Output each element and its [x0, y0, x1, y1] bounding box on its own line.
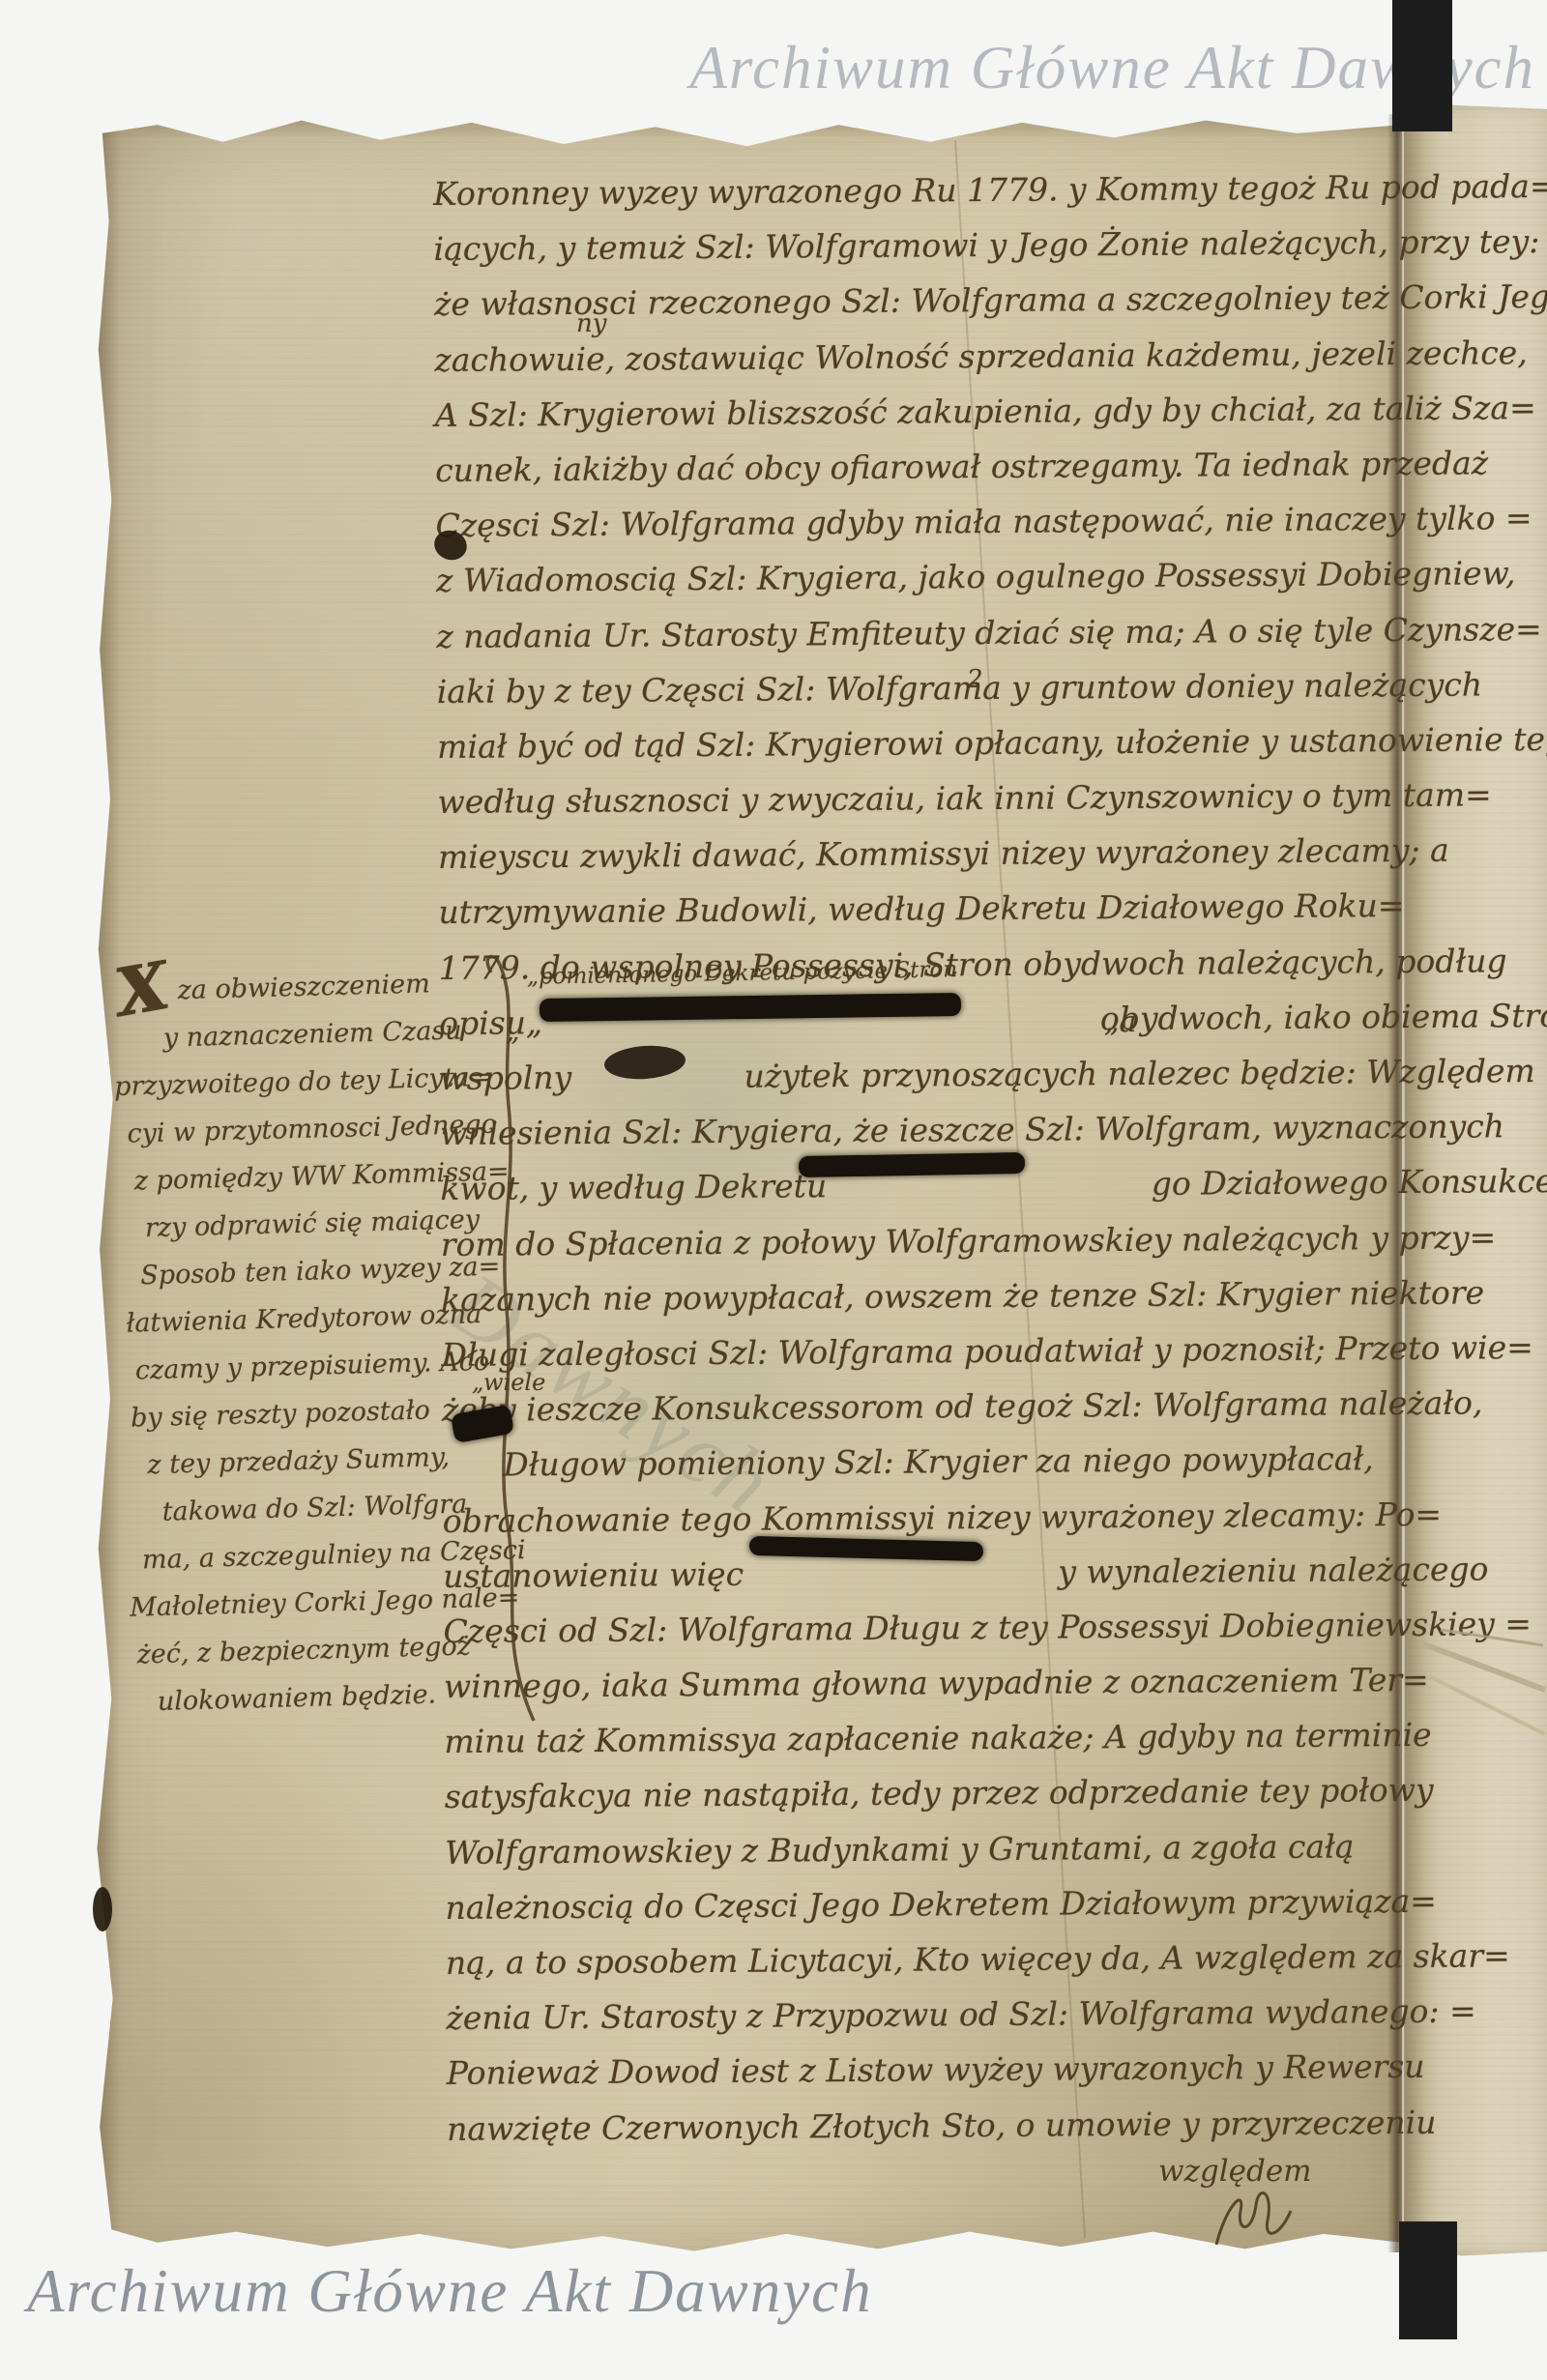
main-text-line: żeby ieszcze Konsukcessorom od tegoż Szl… [442, 1374, 1547, 1437]
ink-blot [93, 1887, 112, 1931]
main-text-line: z Wiadomoscią Szl: Krygiera, jako ogulne… [436, 545, 1547, 609]
main-text-line: żenia Ur. Starosty z Przypozwu od Szl: W… [446, 1983, 1547, 2046]
main-text-line: Wolfgramowskiey z Budynkami y Gruntami, … [445, 1816, 1547, 1880]
main-text-line: miał być od tąd Szl: Krygierowi opłacany… [437, 711, 1547, 774]
catchword: względem [1158, 2154, 1312, 2189]
margin-note-line: czamy y przepisuiemy. Aco [134, 1337, 521, 1394]
main-text-line: Częsci od Szl: Wolfgrama Długu z tey Pos… [443, 1595, 1547, 1659]
main-text-line: Długow pomieniony Szl: Krygier za niego … [442, 1430, 1547, 1494]
main-text-line: A Szl: Krygierowi bliszszość zakupienia,… [435, 379, 1547, 443]
main-text-line: nawzięte Czerwonych Złotych Sto, o umowi… [447, 2093, 1547, 2157]
main-text-line: minu taż Kommissya zapłacenie nakaże; A … [444, 1706, 1547, 1770]
main-text-line: mieyscu zwykli dawać, Kommissyi nizey wy… [438, 822, 1547, 885]
main-text-line: Ponieważ Dowod iest z Listow wyżey wyraz… [447, 2038, 1547, 2102]
main-text-line: iących, y temuż Szl: Wolfgramowi y Jego … [433, 214, 1547, 277]
main-text-line: rom do Spłacenia z połowy Wolfgramowskie… [441, 1208, 1547, 1272]
main-text-line: należnoscią do Częsci Jego Dekretem Dzia… [445, 1872, 1547, 1935]
binding-tab-top [1392, 0, 1452, 131]
main-text-line: Koronney wyzey wyrazonego Ru 1779. y Kom… [433, 158, 1547, 221]
main-text-line: wniesienia Szl: Krygiera, że ieszcze Szl… [440, 1098, 1547, 1162]
paper-edge-shadow [92, 114, 1402, 139]
margin-note-line: ulokowaniem będzie. [157, 1669, 530, 1726]
interlinear-note: ny [576, 309, 606, 338]
margin-note-line: za obwieszczeniem [177, 958, 511, 1014]
binding-tab-bottom [1399, 2221, 1457, 2339]
redaction-mark [799, 1152, 1025, 1177]
main-text-line: wspolny użytek przynoszących nalezec będ… [439, 1042, 1547, 1106]
interlinear-note: „ [506, 1015, 520, 1047]
main-text-line: winnego, iaka Summa głowna wypadnie z oz… [444, 1650, 1547, 1714]
main-text-line: iaki by z tey Częsci Szl: Wolfgrama y gr… [437, 655, 1547, 719]
main-text-line: ustanowieniu więc y wynalezieniu należąc… [443, 1540, 1547, 1604]
main-text-line: z nadania Ur. Starosty Emfiteuty dziać s… [436, 600, 1547, 664]
margin-note-block: za obwieszczeniemy naznaczeniem Czasuprz… [111, 958, 530, 1727]
main-text-line: według słusznosci y zwyczaiu, iak inni C… [437, 766, 1547, 829]
archive-scan-page: { "colors":{ "ink":"#4f3b23","paper":"#c… [0, 0, 1547, 2380]
interlinear-note: „wiele [472, 1369, 545, 1396]
interlinear-note: „a [1104, 1005, 1136, 1039]
main-text-line: obrachowanie tego Kommissyi nizey wyrażo… [443, 1485, 1547, 1549]
archive-watermark-top: Archiwum Główne Akt Dawnych [0, 33, 1535, 103]
main-text-line: utrzymywanie Budowli, według Dekretu Dzi… [438, 877, 1547, 941]
main-text-line: Długi zaległosci Szl: Wolfgrama poudatwi… [441, 1319, 1547, 1382]
main-text-line: kazanych nie powypłacał, owszem że tenze… [441, 1263, 1547, 1327]
main-text-line: Częsci Szl: Wolfgrama gdyby miała następ… [435, 490, 1547, 554]
main-text-line: cunek, iakiżby dać obcy ofiarował ostrze… [435, 434, 1547, 498]
main-text-line: ną, a to sposobem Licytacyi, Kto więcey … [446, 1927, 1547, 1990]
main-text-line: satysfakcya nie nastąpiła, tedy przez od… [445, 1761, 1547, 1825]
interlinear-note: 2 [967, 665, 983, 694]
archive-watermark-bottom: Archiwum Główne Akt Dawnych [27, 2256, 873, 2327]
